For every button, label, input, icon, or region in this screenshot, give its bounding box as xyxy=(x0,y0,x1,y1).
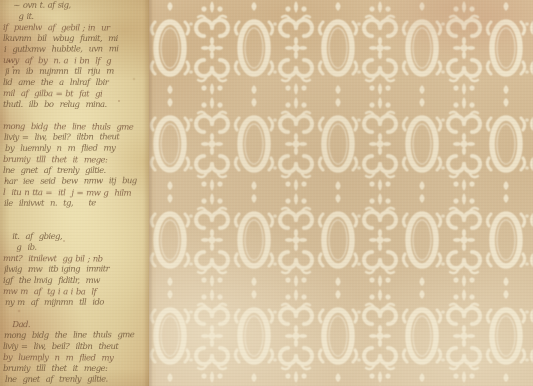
script-line: ~ ovn t. af sig, xyxy=(4,0,151,12)
script-line xyxy=(4,308,151,320)
script-line: liviy = liw, beil? iltbn theut xyxy=(3,342,150,353)
script-line: brumiy tlll thet it mege: xyxy=(3,364,150,375)
script-line: liviy = liw, beil? iltbn theut xyxy=(4,132,151,144)
script-line xyxy=(4,110,151,122)
script-lines: ~ ovn t. af sig, g it. if puenlw af gebi… xyxy=(3,1,150,386)
ink-specks xyxy=(8,60,10,62)
damask-panel xyxy=(149,0,533,386)
handwritten-page: ~ ovn t. af sig, g it. if puenlw af gebi… xyxy=(0,0,151,386)
script-line: lne gnet af trenly giltie. xyxy=(5,374,151,386)
script-line: if puenlw af gebil ; in ur xyxy=(3,23,150,35)
page-seam xyxy=(143,0,157,386)
vintage-scrapbook-paper: ~ ovn t. af sig, g it. if puenlw af gebi… xyxy=(0,0,533,386)
script-line: mong bidg the line thuls gme xyxy=(4,330,151,342)
script-line: g ib. xyxy=(4,242,151,254)
script-line: g it. xyxy=(3,12,150,23)
script-line: har iee seid bew nmw itj bug xyxy=(4,176,151,188)
script-line: brumiy tlll thet it mege: xyxy=(3,155,150,167)
script-line: lid ame the a lnlraf lbir xyxy=(3,78,150,89)
script-line: by luemnly n m flied my xyxy=(5,143,151,155)
script-line: jlwig mw itb iging imnitr xyxy=(4,264,151,276)
script-line: ile ilnivwt n. tg, te xyxy=(4,198,151,210)
script-line xyxy=(5,220,151,232)
script-line: by luemnly n m flied my xyxy=(3,353,150,365)
script-line xyxy=(3,210,150,221)
script-line: igf the lnvig fiditlr, mw xyxy=(3,276,150,287)
damask-stain-overlay xyxy=(149,0,533,386)
script-line: i gutlxmw hubbtle, uvn mi xyxy=(4,44,151,56)
script-line: ji m ib nujnmn tll riju m xyxy=(5,66,151,78)
script-line: mil af gilba = bt fat gi xyxy=(3,89,150,101)
